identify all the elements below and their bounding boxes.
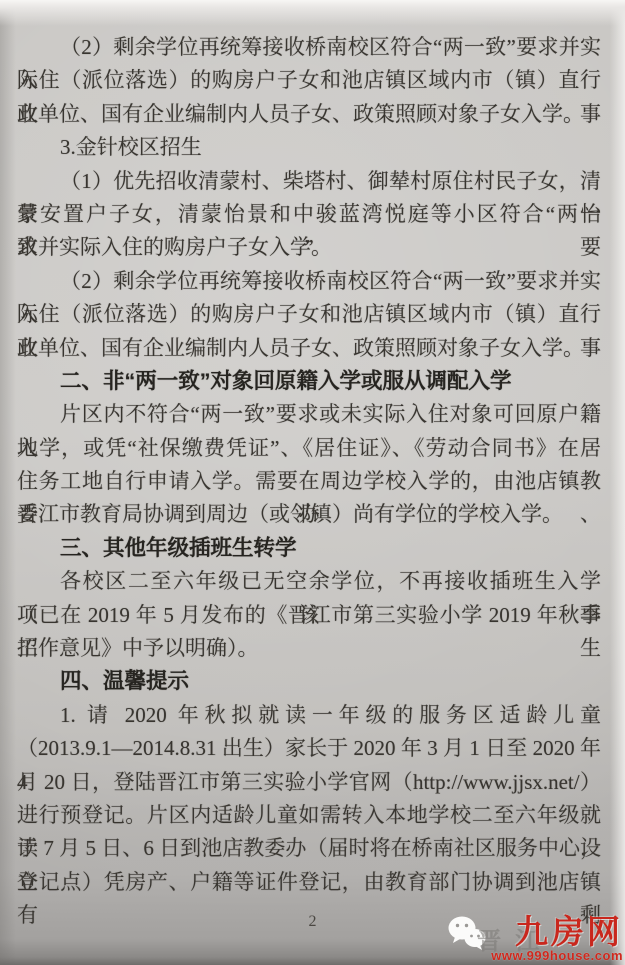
- text-line: （2）剩余学位再统筹接收桥南校区符合“两一致”要求并实际: [17, 31, 601, 64]
- text-line: 业单位、国有企业编制内人员子女、政策照顾对象子女入学。: [17, 332, 601, 365]
- text-line: 月 20 日，登陆晋江市第三实验小学官网（http://www.jjsx.net…: [17, 766, 601, 799]
- text-line: 入住（派位落选）的购房户子女和池店镇区域内市（镇）直行政事: [17, 298, 601, 331]
- text-line: 晋江市教育局协调到周边（或邻镇）尚有学位的学校入学。: [17, 498, 601, 531]
- text-line: 进行预登记。片区内适龄儿童如需转入本地学校二至六年级就读，: [17, 799, 601, 832]
- text-line: 景安置户子女，清蒙怡景和中骏蓝湾悦庭等小区符合“两一致”要: [17, 198, 601, 231]
- text-line: 1. 请 2020 年秋拟就读一年级的服务区适龄儿童: [17, 699, 601, 732]
- text-line: 登记点）凭房产、户籍等证件登记，由教育部门协调到池店镇有剩: [17, 866, 601, 899]
- heading-line: 三、其他年级插班生转学: [17, 532, 601, 565]
- text-line: （1）优先招收清蒙村、柴塔村、御辇村原住村民子女，清蒙怡: [17, 165, 601, 198]
- document-text: （2）剩余学位再统筹接收桥南校区符合“两一致”要求并实际入住（派位落选）的购房户…: [17, 31, 601, 899]
- text-line: 于 7 月 5 日、6 日到池店教委办（届时将在桥南社区服务中心设立: [17, 832, 601, 865]
- text-line: （2）剩余学位再统筹接收桥南校区符合“两一致”要求并实际: [17, 265, 601, 298]
- text-line: 业单位、国有企业编制内人员子女、政策照顾对象子女入学。: [17, 98, 601, 131]
- text-line: 各校区二至六年级已无空余学位，不再接收插班生入学（该事: [17, 565, 601, 598]
- text-line: 住务工地自行申请入学。需要在周边学校入学的，由池店镇教委办、: [17, 465, 601, 498]
- heading-line: 二、非“两一致”对象回原籍入学或服从调配入学: [17, 365, 601, 398]
- text-line: 项已在 2019 年 5 月发布的《晋江市第三实验小学 2019 年秋季招生: [17, 599, 601, 632]
- text-line: 入住（派位落选）的购房户子女和池店镇区域内市（镇）直行政事: [17, 64, 601, 97]
- text-line: 片区内不符合“两一致”要求或未实际入住对象可回原户籍地: [17, 398, 601, 431]
- text-line: （2013.9.1—2014.8.31 出生）家长于 2020 年 3 月 1 …: [17, 732, 601, 765]
- watermark-logo-text: 九房网: [491, 915, 623, 949]
- heading-line: 四、温馨提示: [17, 665, 601, 698]
- watermark: 晋江 九房网 www.999house.com: [447, 915, 623, 963]
- text-line: 入学，或凭“社保缴费凭证”、《居住证》、《劳动合同书》在居: [17, 432, 601, 465]
- watermark-url: www.999house.com: [491, 949, 623, 963]
- text-line: 3.金针校区招生: [17, 131, 601, 164]
- document-page: （2）剩余学位再统筹接收桥南校区符合“两一致”要求并实际入住（派位落选）的购房户…: [0, 0, 625, 965]
